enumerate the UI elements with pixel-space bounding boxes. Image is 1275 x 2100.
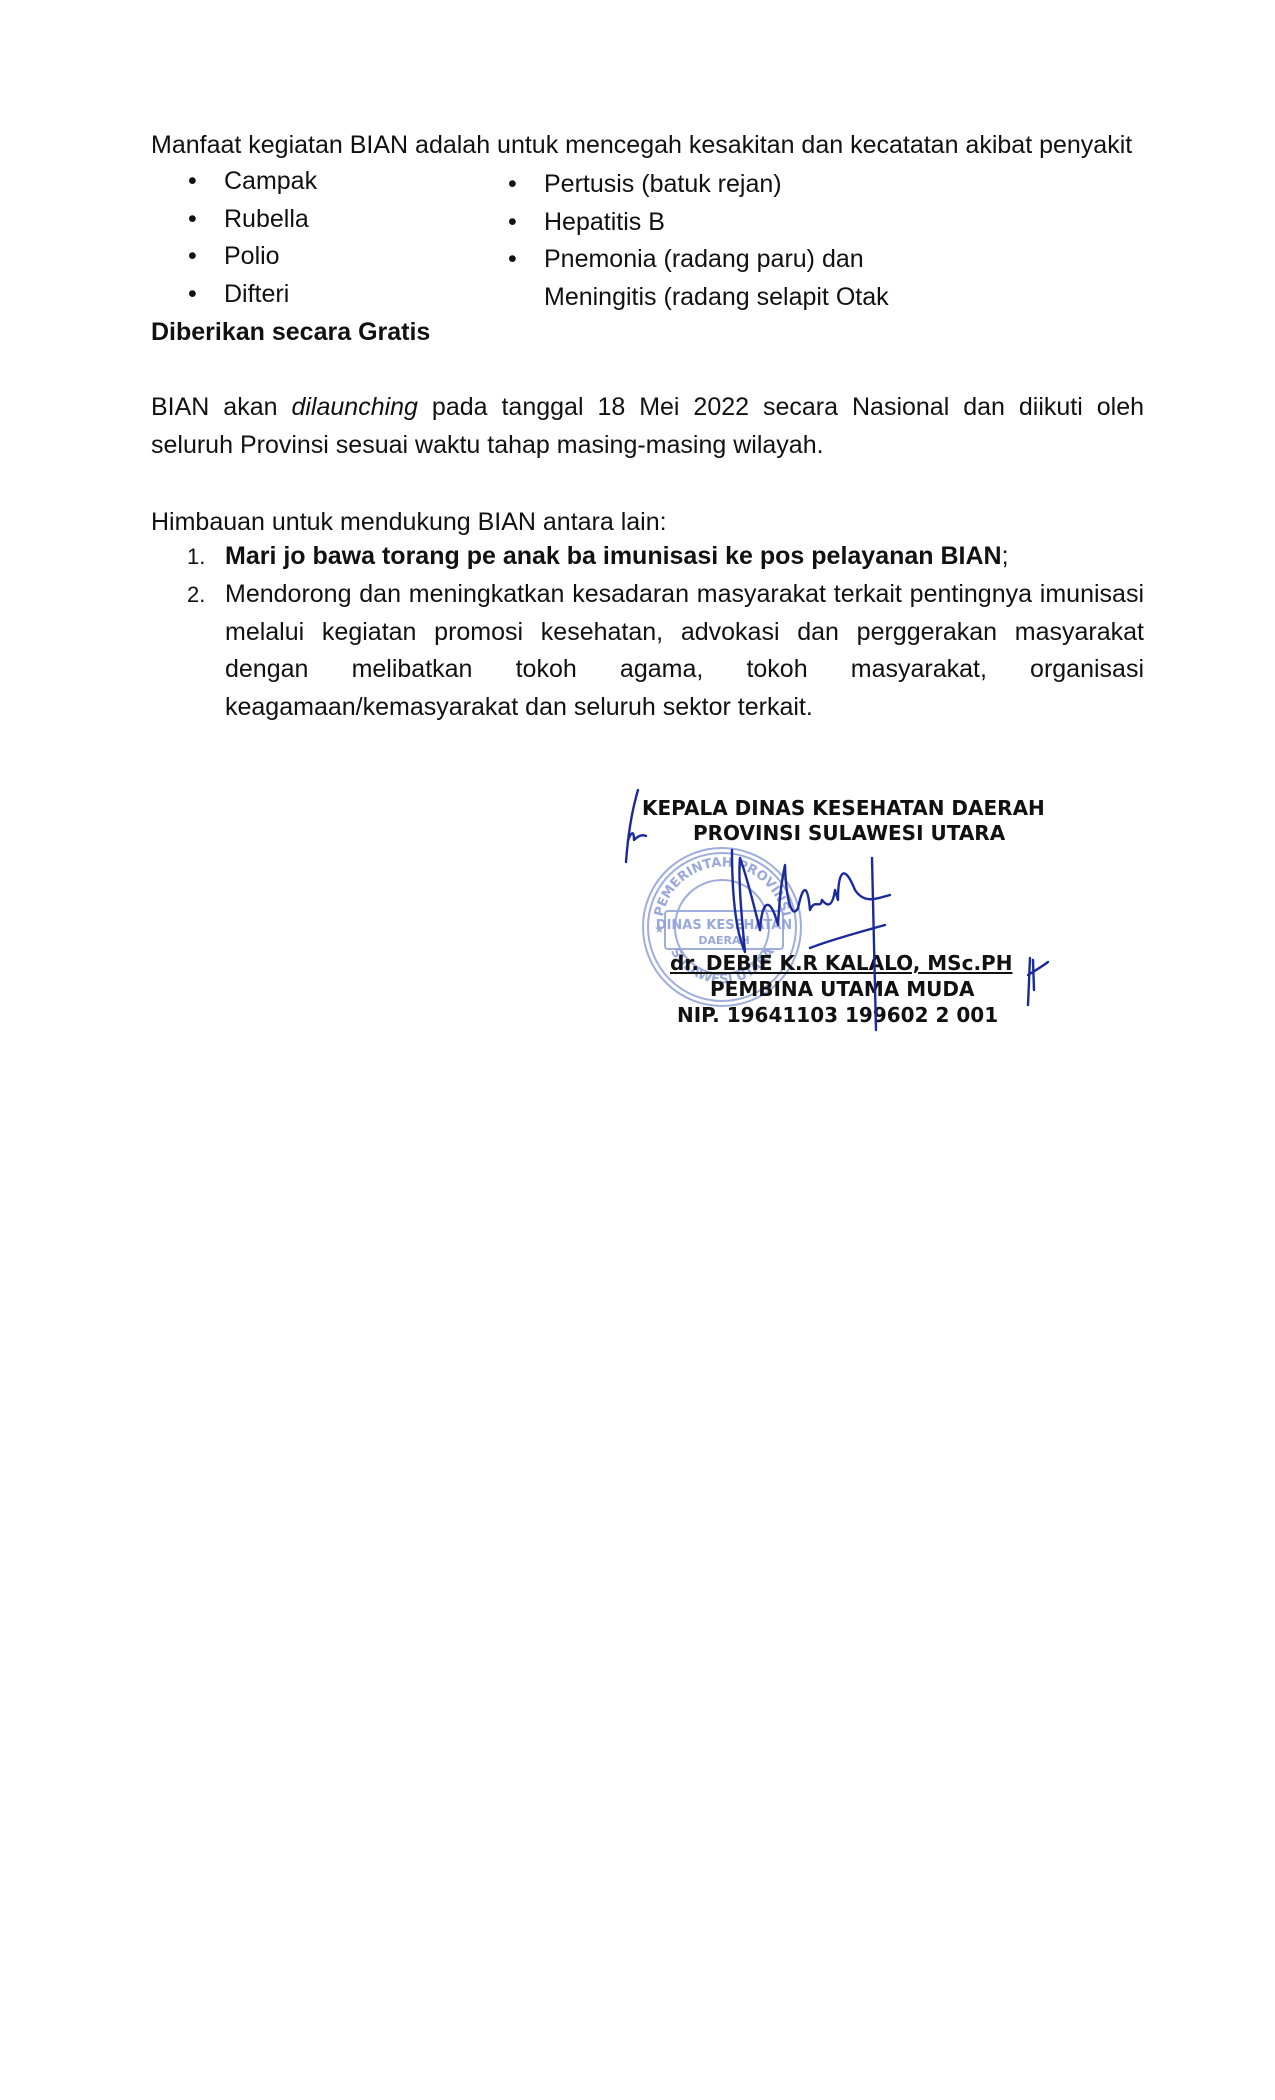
bullet-icon: • [508, 204, 517, 242]
list-item-continuation: Meningitis (radang selapit Otak [508, 279, 889, 317]
list-item: •Rubella [188, 201, 317, 239]
list-item: •Hepatitis B [508, 204, 889, 242]
list-item: •Campak [188, 163, 317, 201]
appeal-item: 1.Mari jo bawa torang pe anak ba imunisa… [187, 538, 1144, 576]
appeal-list: 1.Mari jo bawa torang pe anak ba imunisa… [187, 538, 1144, 727]
svg-text:DINAS KESEHATAN: DINAS KESEHATAN [656, 918, 792, 933]
disease-list-left: •Campak •Rubella •Polio •Difteri [188, 163, 317, 313]
document-page: Manfaat kegiatan BIAN adalah untuk mence… [0, 0, 1275, 2100]
list-item: •Polio [188, 238, 317, 276]
bullet-icon: • [508, 166, 517, 204]
free-note: Diberikan secara Gratis [151, 313, 430, 351]
appeal-heading: Himbauan untuk mendukung BIAN antara lai… [151, 503, 667, 541]
signatory-name: dr. DEBIE K.R KALALO, MSc.PH [670, 951, 1012, 975]
list-item: •Pnemonia (radang paru) dan [508, 241, 889, 279]
bullet-icon: • [188, 238, 197, 276]
appeal-item: 2.Mendorong dan meningkatkan kesadaran m… [187, 576, 1144, 727]
signatory-rank: PEMBINA UTAMA MUDA [710, 977, 974, 1001]
list-item: •Pertusis (batuk rejan) [508, 166, 889, 204]
svg-text:DAERAH: DAERAH [698, 934, 749, 947]
launch-paragraph: BIAN akan dilaunching pada tanggal 18 Me… [151, 388, 1144, 464]
signature-block: PEMERINTAH PROVINSI SULAWESI UTARA DINAS… [610, 780, 1090, 1065]
signatory-title-line2: PROVINSI SULAWESI UTARA [693, 821, 1005, 845]
bullet-icon: • [188, 163, 197, 201]
launch-emphasis: dilaunching [291, 393, 418, 421]
bullet-icon: • [508, 241, 517, 279]
bullet-icon: • [188, 276, 197, 314]
signatory-title-line1: KEPALA DINAS KESEHATAN DAERAH [642, 796, 1045, 820]
signatory-nip: NIP. 19641103 199602 2 001 [677, 1003, 998, 1027]
bullet-icon: • [188, 201, 197, 239]
svg-text:★: ★ [654, 922, 665, 936]
list-item: •Difteri [188, 276, 317, 314]
intro-text: Manfaat kegiatan BIAN adalah untuk mence… [151, 126, 1132, 164]
disease-list-right: •Pertusis (batuk rejan) •Hepatitis B •Pn… [508, 166, 889, 316]
